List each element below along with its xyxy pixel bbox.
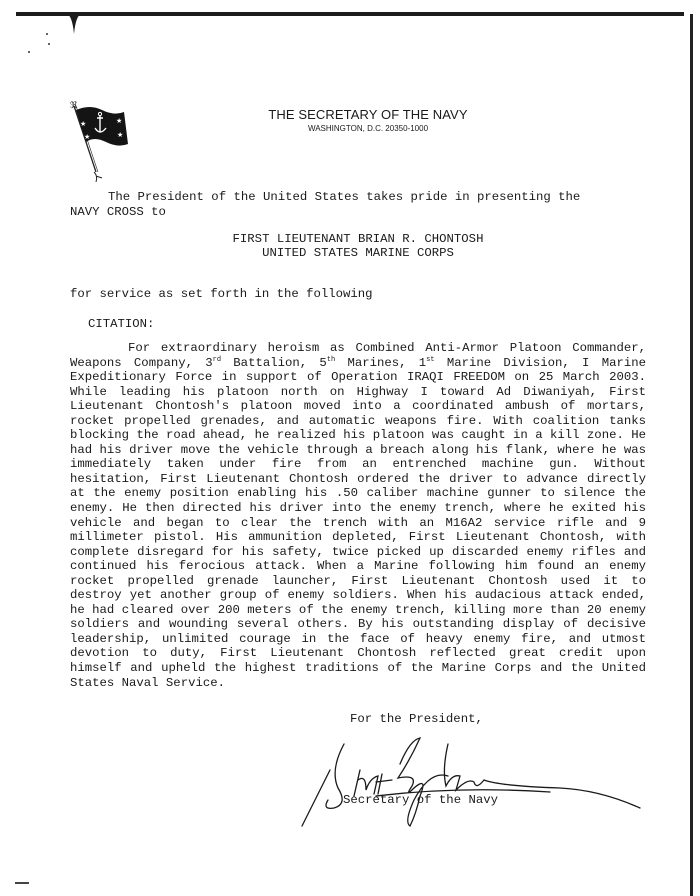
- citation-body: For extraordinary heroism as Combined An…: [70, 341, 646, 690]
- closing-salutation: For the President,: [350, 712, 483, 727]
- ordinal-suffix: rd: [213, 356, 221, 364]
- scan-speck: [48, 43, 50, 45]
- letterhead-address: WASHINGTON, D.C. 20350-1000: [18, 124, 700, 133]
- letterhead-top-rule: [16, 12, 684, 16]
- page-edge-rule: [690, 14, 693, 896]
- recipient-name: FIRST LIEUTENANT BRIAN R. CHONTOSH: [8, 232, 700, 246]
- citation-text: Marine Division, I Marine Expeditionary …: [70, 356, 646, 690]
- svg-text:★: ★: [84, 133, 90, 141]
- recipient-service: UNITED STATES MARINE CORPS: [8, 246, 700, 260]
- citation-text: Battalion, 5: [221, 356, 327, 370]
- service-line: for service as set forth in the followin…: [70, 287, 373, 302]
- ordinal-suffix: th: [327, 356, 335, 364]
- signature-icon: [300, 730, 660, 830]
- citation-text: Marines, 1: [335, 356, 426, 370]
- intro-line-1: The President of the United States takes…: [108, 190, 580, 205]
- letterhead-notch: [66, 12, 82, 36]
- scan-speck: [28, 51, 30, 53]
- signer-title: Secretary of the Navy: [343, 793, 498, 808]
- scan-footer-mark: [15, 882, 29, 884]
- citation-heading: CITATION:: [88, 317, 154, 332]
- ordinal-suffix: st: [426, 356, 434, 364]
- scan-speck: [46, 33, 48, 35]
- intro-line-2: NAVY CROSS to: [70, 205, 166, 220]
- letterhead-title: THE SECRETARY OF THE NAVY: [18, 107, 700, 122]
